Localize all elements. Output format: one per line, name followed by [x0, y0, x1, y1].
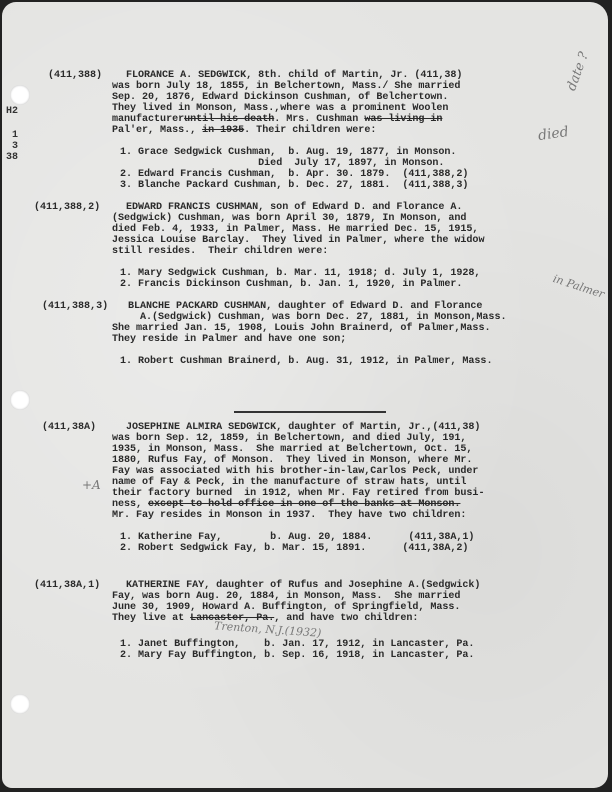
entry-line: 1880, Rufus Fay, of Monson. They lived i… — [112, 455, 472, 466]
entry-line: was born July 18, 1855, in Belchertown, … — [112, 81, 460, 92]
entry-line: still resides. Their children were: — [112, 246, 328, 257]
text: They live at — [112, 613, 190, 624]
text: . Their children were: — [244, 125, 376, 136]
entry-line: died Feb. 4, 1933, in Palmer, Mass. He m… — [112, 224, 478, 235]
punch-hole — [10, 694, 30, 714]
struck-text: except to hold office in one of the bank… — [148, 499, 460, 510]
child-line: 1. Katherine Fay, b. Aug. 20, 1884. (411… — [120, 532, 474, 543]
entry-line: They lived in Monson, Mass.,where was a … — [112, 103, 448, 114]
text: , and have two children: — [274, 613, 418, 624]
punch-hole — [10, 85, 30, 105]
handwritten-date-note: date ? — [564, 50, 592, 93]
entry-line: JOSEPHINE ALMIRA SEDGWICK, daughter of M… — [126, 422, 480, 433]
entry-line: A.(Sedgwick) Cushman, was born Dec. 27, … — [128, 312, 506, 323]
text: ness, — [112, 499, 148, 510]
entry-id: (411,388,3) — [42, 301, 108, 312]
entry-line: Fay, was born Aug. 20, 1884, in Monson, … — [112, 591, 460, 602]
margin-code: H2 — [6, 106, 18, 117]
child-line: 3. Blanche Packard Cushman, b. Dec. 27, … — [120, 180, 468, 191]
child-line: 2. Robert Sedgwick Fay, b. Mar. 15, 1891… — [120, 543, 468, 554]
struck-text: in 1935 — [202, 125, 244, 136]
entry-id: (411,388) — [48, 70, 102, 81]
section-divider — [234, 411, 386, 413]
text: Pal'er, Mass., — [112, 125, 202, 136]
entry-line: ness, except to hold office in one of th… — [112, 499, 460, 510]
margin-code: 3 — [12, 141, 18, 152]
entry-line: 1935, in Monson, Mass. She married at Be… — [112, 444, 472, 455]
text: manufacturer — [112, 114, 184, 125]
child-line: 1. Robert Cushman Brainerd, b. Aug. 31, … — [120, 356, 492, 367]
entry-line: She married Jan. 15, 1908, Louis John Br… — [112, 323, 490, 334]
entry-line: their factory burned in 1912, when Mr. F… — [112, 488, 484, 499]
entry-line: Mr. Fay resides in Monson in 1937. They … — [112, 510, 466, 521]
handwritten-died-note: died — [537, 124, 570, 144]
child-line: 1. Mary Sedgwick Cushman, b. Mar. 11, 19… — [120, 268, 480, 279]
entry-line: was born Sep. 12, 1859, in Belchertown, … — [112, 433, 466, 444]
margin-code: 38 — [6, 152, 18, 163]
entry-line: Sep. 20, 1876, Edward Dickinson Cushman,… — [112, 92, 448, 103]
handwritten-palmer-note: in Palmer — [551, 272, 606, 301]
entry-line: KATHERINE FAY, daughter of Rufus and Jos… — [126, 580, 480, 591]
child-line: 2. Mary Fay Buffington, b. Sep. 16, 1918… — [120, 650, 474, 661]
child-line: 2. Francis Dickinson Cushman, b. Jan. 1,… — [120, 279, 462, 290]
entry-line: Pal'er, Mass., in 1935. Their children w… — [112, 125, 376, 136]
entry-id: (411,38A) — [42, 422, 96, 433]
entry-line: FLORANCE A. SEDGWICK, 8th. child of Mart… — [126, 70, 462, 81]
child-line: Died July 17, 1897, in Monson. — [120, 158, 444, 169]
struck-text: until his death — [184, 114, 274, 125]
entry-line: (Sedgwick) Cushman, was born April 30, 1… — [112, 213, 466, 224]
child-line: 1. Janet Buffington, b. Jan. 17, 1912, i… — [120, 639, 474, 650]
struck-text: was living in — [364, 114, 442, 125]
entry-line: They reside in Palmer and have one son; — [112, 334, 346, 345]
entry-line: manufactureruntil his death. Mrs. Cushma… — [112, 114, 442, 125]
entry-line: name of Fay & Peck, in the manufacture o… — [112, 477, 466, 488]
entry-line: June 30, 1909, Howard A. Buffington, of … — [112, 602, 460, 613]
entry-line: EDWARD FRANCIS CUSHMAN, son of Edward D.… — [126, 202, 462, 213]
entry-line: Fay was associated with his brother-in-l… — [112, 466, 478, 477]
document-page: H2 1 3 38 (411,388) FLORANCE A. SEDGWICK… — [2, 2, 608, 788]
handwritten-plus-note: +A — [82, 478, 101, 492]
text: . Mrs. Cushman — [274, 114, 364, 125]
entry-line: BLANCHE PACKARD CUSHMAN, daughter of Edw… — [128, 301, 482, 312]
margin-code: 1 — [12, 130, 18, 141]
entry-line: Jessica Louise Barclay. They lived in Pa… — [112, 235, 484, 246]
punch-hole — [10, 390, 30, 410]
child-line: 2. Edward Francis Cushman, b. Apr. 30. 1… — [120, 169, 468, 180]
entry-id: (411,38A,1) — [34, 580, 100, 591]
entry-id: (411,388,2) — [34, 202, 100, 213]
child-line: 1. Grace Sedgwick Cushman, b. Aug. 19, 1… — [120, 147, 456, 158]
